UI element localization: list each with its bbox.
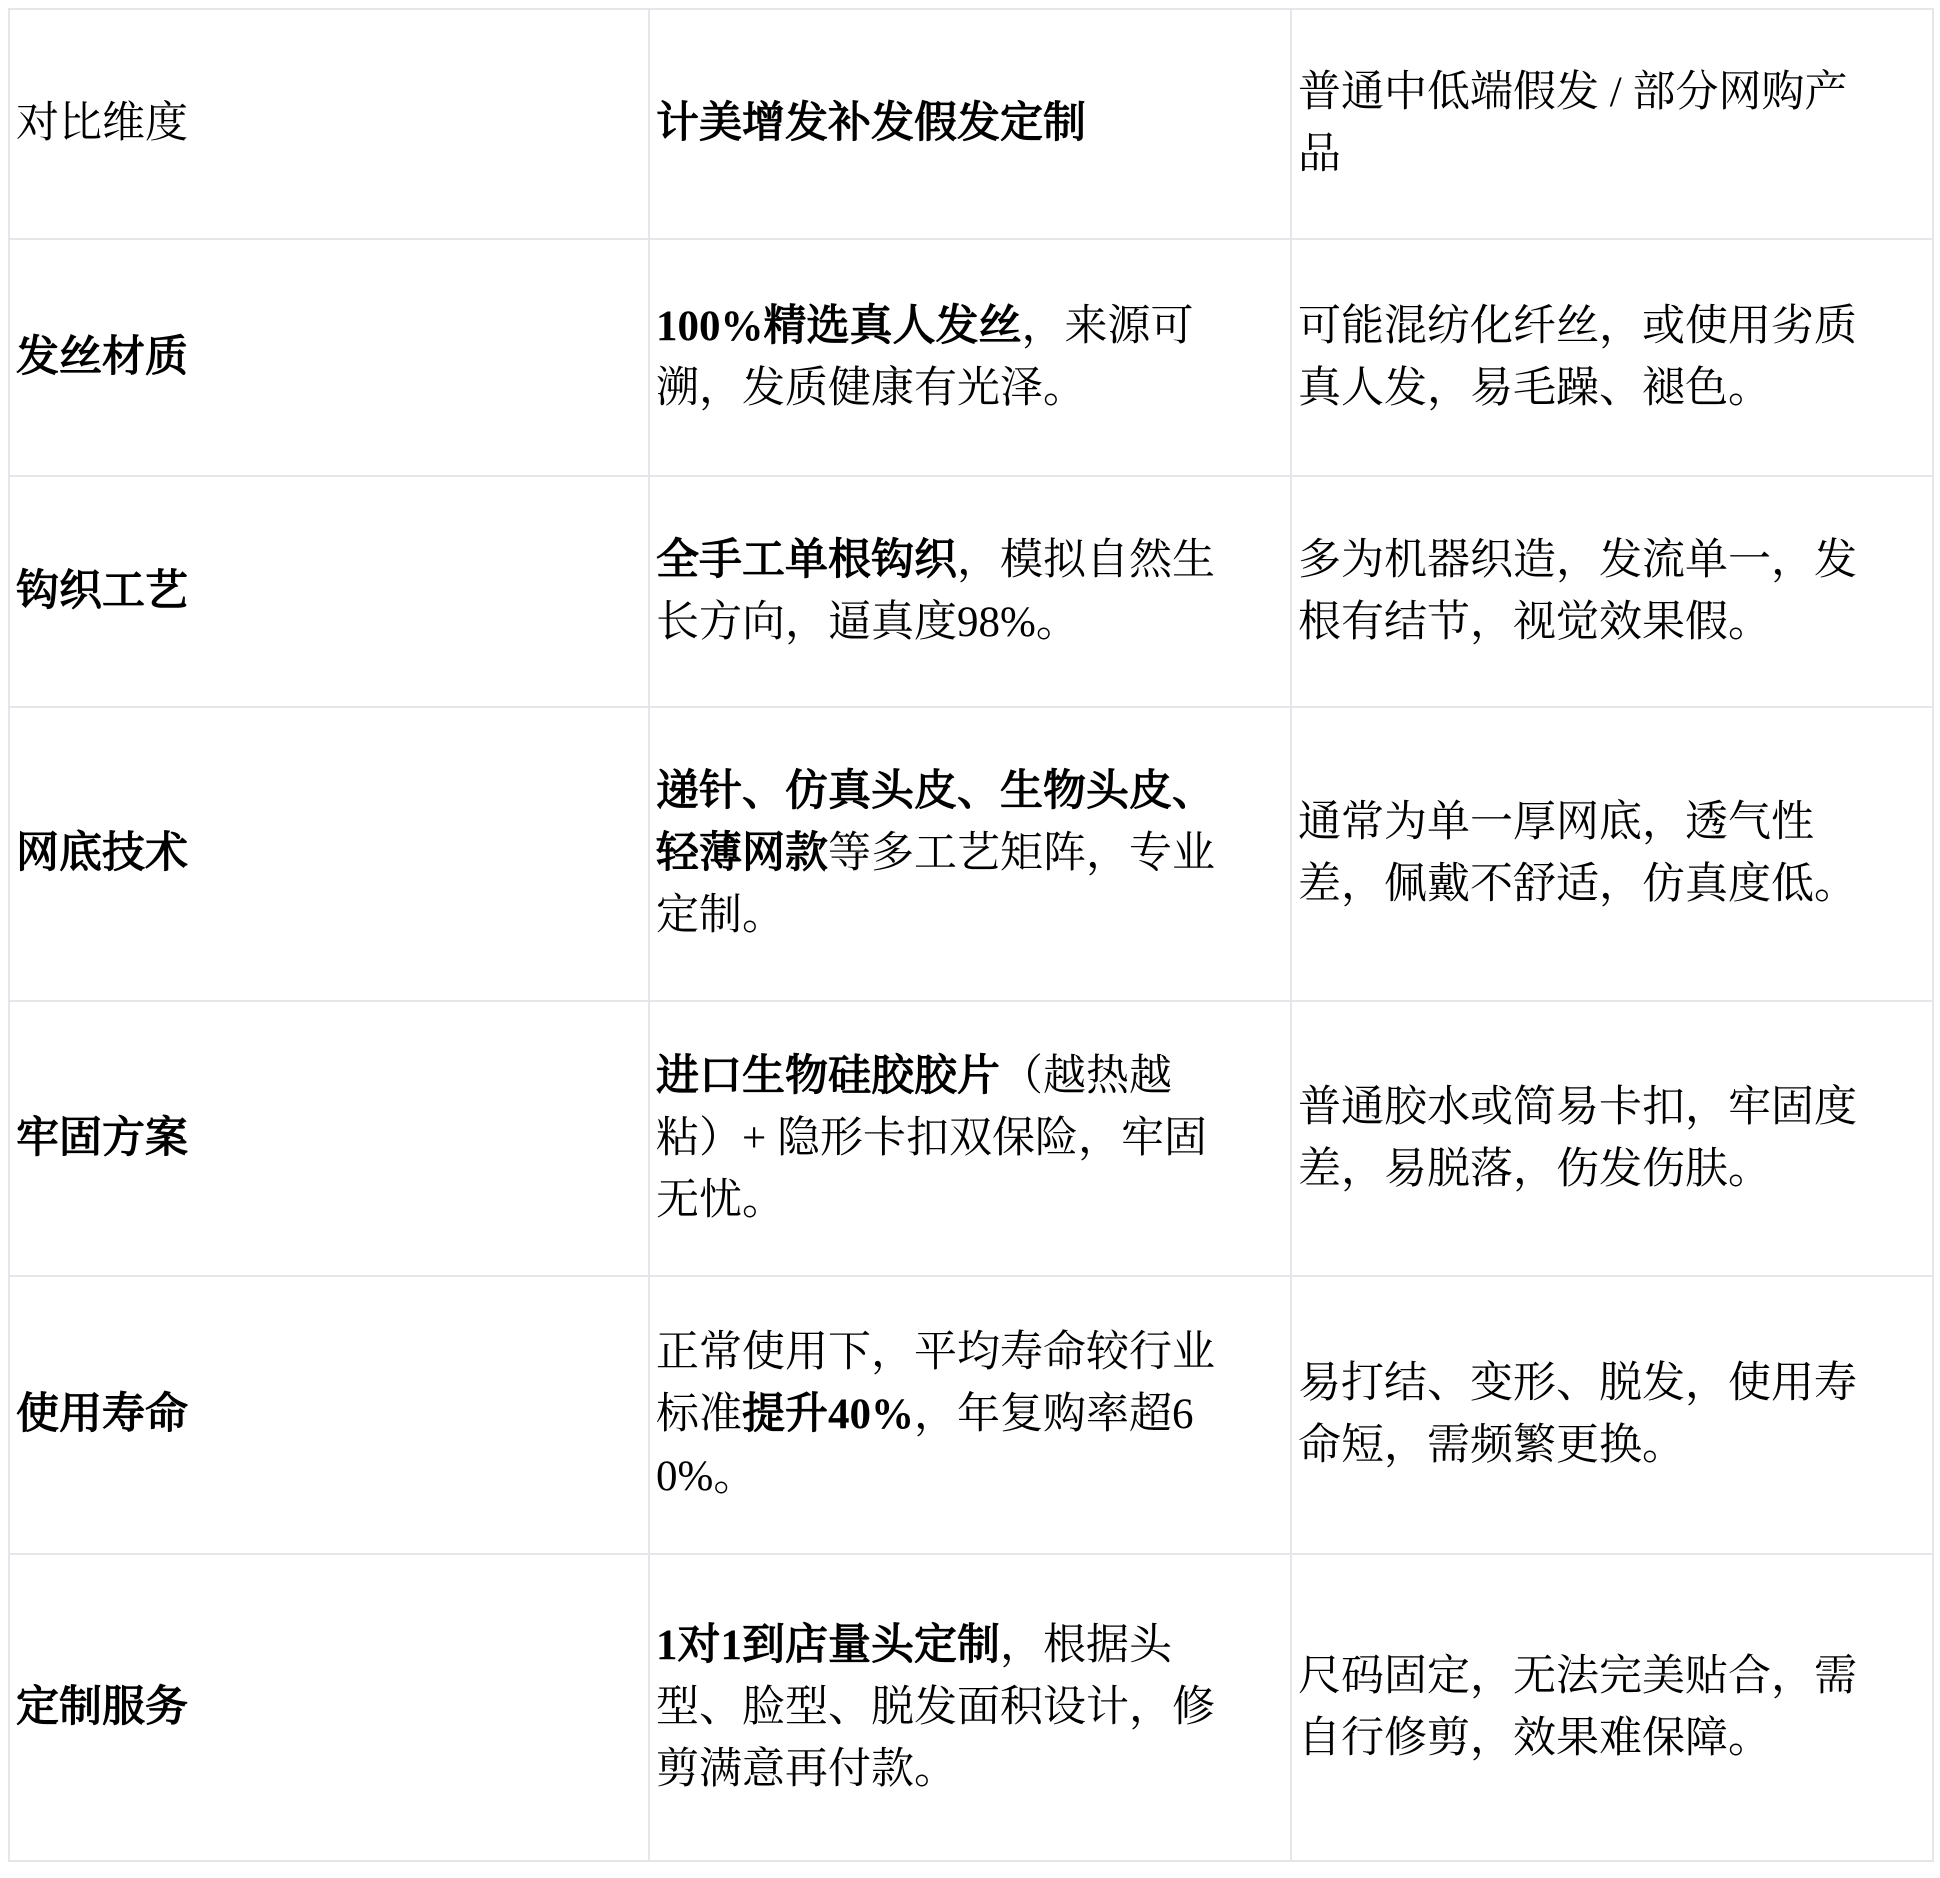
ordinary-cell: 尺码固定，无法完美贴合，需自行修剪，效果难保障。 [1291,1554,1933,1861]
ordinary-text: 通常为单一厚网底，透气性差，佩戴不舒适，仿真度低。 [1298,792,1858,916]
jimei-cell: 100%精选真人发丝，来源可溯，发质健康有光泽。 [649,239,1291,476]
jimei-text: 正常使用下，平均寿命较行业标准提升40%，年复购率超60%。 [656,1322,1216,1508]
ordinary-cell: 多为机器织造，发流单一，发根有结节，视觉效果假。 [1291,476,1933,707]
table-row-custom-service: 定制服务 1对1到店量头定制，根据头型、脸型、脱发面积设计，修剪满意再付款。 尺… [9,1554,1933,1861]
header-cell-dimension: 对比维度 [9,9,649,239]
jimei-text: 全手工单根钩织，模拟自然生长方向，逼真度98%。 [656,530,1216,654]
row-label: 网底技术 [16,823,576,885]
ordinary-text: 多为机器织造，发流单一，发根有结节，视觉效果假。 [1298,530,1858,654]
ordinary-text: 普通胶水或简易卡扣，牢固度差，易脱落，伤发伤肤。 [1298,1077,1858,1201]
table-row-hair-material: 发丝材质 100%精选真人发丝，来源可溯，发质健康有光泽。 可能混纺化纤丝，或使… [9,239,1933,476]
row-label-cell: 钩织工艺 [9,476,649,707]
ordinary-cell: 普通胶水或简易卡扣，牢固度差，易脱落，伤发伤肤。 [1291,1001,1933,1276]
jimei-cell: 进口生物硅胶胶片（越热越粘）+ 隐形卡扣双保险，牢固无忧。 [649,1001,1291,1276]
jimei-cell: 全手工单根钩织，模拟自然生长方向，逼真度98%。 [649,476,1291,707]
jimei-cell: 1对1到店量头定制，根据头型、脸型、脱发面积设计，修剪满意再付款。 [649,1554,1291,1861]
row-label: 钩织工艺 [16,561,576,623]
jimei-cell: 正常使用下，平均寿命较行业标准提升40%，年复购率超60%。 [649,1276,1291,1554]
row-label-cell: 发丝材质 [9,239,649,476]
row-label-cell: 牢固方案 [9,1001,649,1276]
ordinary-cell: 易打结、变形、脱发，使用寿命短，需频繁更换。 [1291,1276,1933,1554]
table-row-crochet-craft: 钩织工艺 全手工单根钩织，模拟自然生长方向，逼真度98%。 多为机器织造，发流单… [9,476,1933,707]
header-cell-ordinary: 普通中低端假发 / 部分网购产品 [1291,9,1933,239]
table-row-fastening: 牢固方案 进口生物硅胶胶片（越热越粘）+ 隐形卡扣双保险，牢固无忧。 普通胶水或… [9,1001,1933,1276]
row-label: 发丝材质 [16,327,576,389]
header-label-jimei: 计美增发补发假发定制 [656,93,1216,155]
row-label-cell: 定制服务 [9,1554,649,1861]
header-label-ordinary: 普通中低端假发 / 部分网购产品 [1298,62,1858,186]
jimei-text: 递针、仿真头皮、生物头皮、轻薄网款等多工艺矩阵，专业定制。 [656,761,1216,947]
jimei-text: 100%精选真人发丝，来源可溯，发质健康有光泽。 [656,296,1216,420]
ordinary-cell: 可能混纺化纤丝，或使用劣质真人发，易毛躁、褪色。 [1291,239,1933,476]
table-row-net-base: 网底技术 递针、仿真头皮、生物头皮、轻薄网款等多工艺矩阵，专业定制。 通常为单一… [9,707,1933,1001]
header-label-dimension: 对比维度 [16,93,576,155]
ordinary-cell: 通常为单一厚网底，透气性差，佩戴不舒适，仿真度低。 [1291,707,1933,1001]
table-header-row: 对比维度 计美增发补发假发定制 普通中低端假发 / 部分网购产品 [9,9,1933,239]
ordinary-text: 易打结、变形、脱发，使用寿命短，需频繁更换。 [1298,1353,1858,1477]
jimei-text: 1对1到店量头定制，根据头型、脸型、脱发面积设计，修剪满意再付款。 [656,1615,1216,1801]
row-label: 定制服务 [16,1677,576,1739]
comparison-table: 对比维度 计美增发补发假发定制 普通中低端假发 / 部分网购产品 发丝材质 10… [8,8,1934,1862]
row-label-cell: 使用寿命 [9,1276,649,1554]
jimei-text: 进口生物硅胶胶片（越热越粘）+ 隐形卡扣双保险，牢固无忧。 [656,1046,1216,1232]
header-cell-jimei: 计美增发补发假发定制 [649,9,1291,239]
row-label: 牢固方案 [16,1108,576,1170]
ordinary-text: 可能混纺化纤丝，或使用劣质真人发，易毛躁、褪色。 [1298,296,1858,420]
row-label-cell: 网底技术 [9,707,649,1001]
jimei-cell: 递针、仿真头皮、生物头皮、轻薄网款等多工艺矩阵，专业定制。 [649,707,1291,1001]
table-row-lifespan: 使用寿命 正常使用下，平均寿命较行业标准提升40%，年复购率超60%。 易打结、… [9,1276,1933,1554]
row-label: 使用寿命 [16,1384,576,1446]
ordinary-text: 尺码固定，无法完美贴合，需自行修剪，效果难保障。 [1298,1646,1858,1770]
